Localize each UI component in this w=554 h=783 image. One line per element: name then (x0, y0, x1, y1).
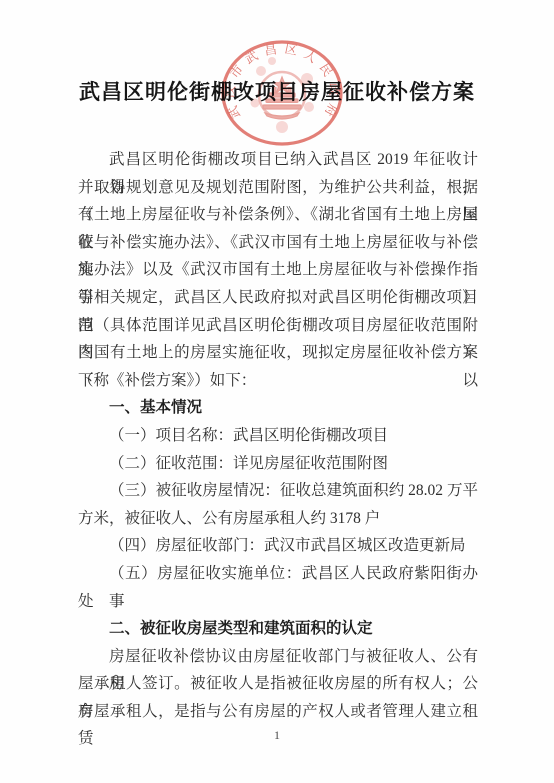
text-line: 施办法》以及《武汉市国有土地上房屋征收与补偿操作指引》 (78, 256, 478, 284)
document-title: 武昌区明伦街棚改项目房屋征收补偿方案 (0, 76, 554, 106)
section-heading: 二、被征收房屋类型和建筑面积的认定 (78, 615, 478, 643)
text-line: 等相关规定，武昌区人民政府拟对武昌区明伦街棚改项目范 (78, 284, 478, 312)
text-line: 有土地上房屋征收与补偿条例》、《湖北省国有土地上房屋征 (78, 201, 478, 229)
text-line: 收与补偿实施办法》、《武汉市国有土地上房屋征收与补偿实 (78, 229, 478, 257)
section-heading: 一、基本情况 (78, 394, 478, 422)
text-line: 围（具体范围详见武昌区明伦街棚改项目房屋征收范围附图） (78, 312, 478, 340)
document-page: 武汉市武昌区人民政府 武昌区明伦街棚改项目房屋征收补偿方案 武昌区明伦街棚改项目… (0, 0, 554, 783)
text-line: （四）房屋征收部门：武汉市武昌区城区改造更新局 (78, 532, 478, 560)
text-line: （一）项目名称：武昌区明伦街棚改项目 (78, 422, 478, 450)
text-line: 处 (78, 588, 478, 616)
text-line: （三）被征收房屋情况：征收总建筑面积约 28.02 万平 (78, 477, 478, 505)
text-line: 并取得规划意见及规划范围附图，为维护公共利益，根据《国 (78, 174, 478, 202)
text-line: 房屋征收补偿协议由房屋征收部门与被征收人、公有房 (78, 643, 478, 671)
text-line: 房屋承租人，是指与公有房屋的产权人或者管理人建立租赁 (78, 698, 478, 726)
document-body: 武昌区明伦街棚改项目已纳入武昌区 2019 年征收计划，并取得规划意见及规划范围… (78, 146, 478, 725)
text-line: 武昌区明伦街棚改项目已纳入武昌区 2019 年征收计划， (78, 146, 478, 174)
text-line: 屋承租人签订。被征收人是指被征收房屋的所有权人；公有 (78, 670, 478, 698)
page-number: 1 (0, 728, 554, 743)
text-line: （二）征收范围：详见房屋征收范围附图 (78, 450, 478, 478)
text-line: 方米，被征收人、公有房屋承租人约 3178 户 (78, 505, 478, 533)
text-line: 内国有土地上的房屋实施征收，现拟定房屋征收补偿方案（以 (78, 339, 478, 367)
text-line: （五）房屋征收实施单位：武昌区人民政府紫阳街办事 (78, 560, 478, 588)
